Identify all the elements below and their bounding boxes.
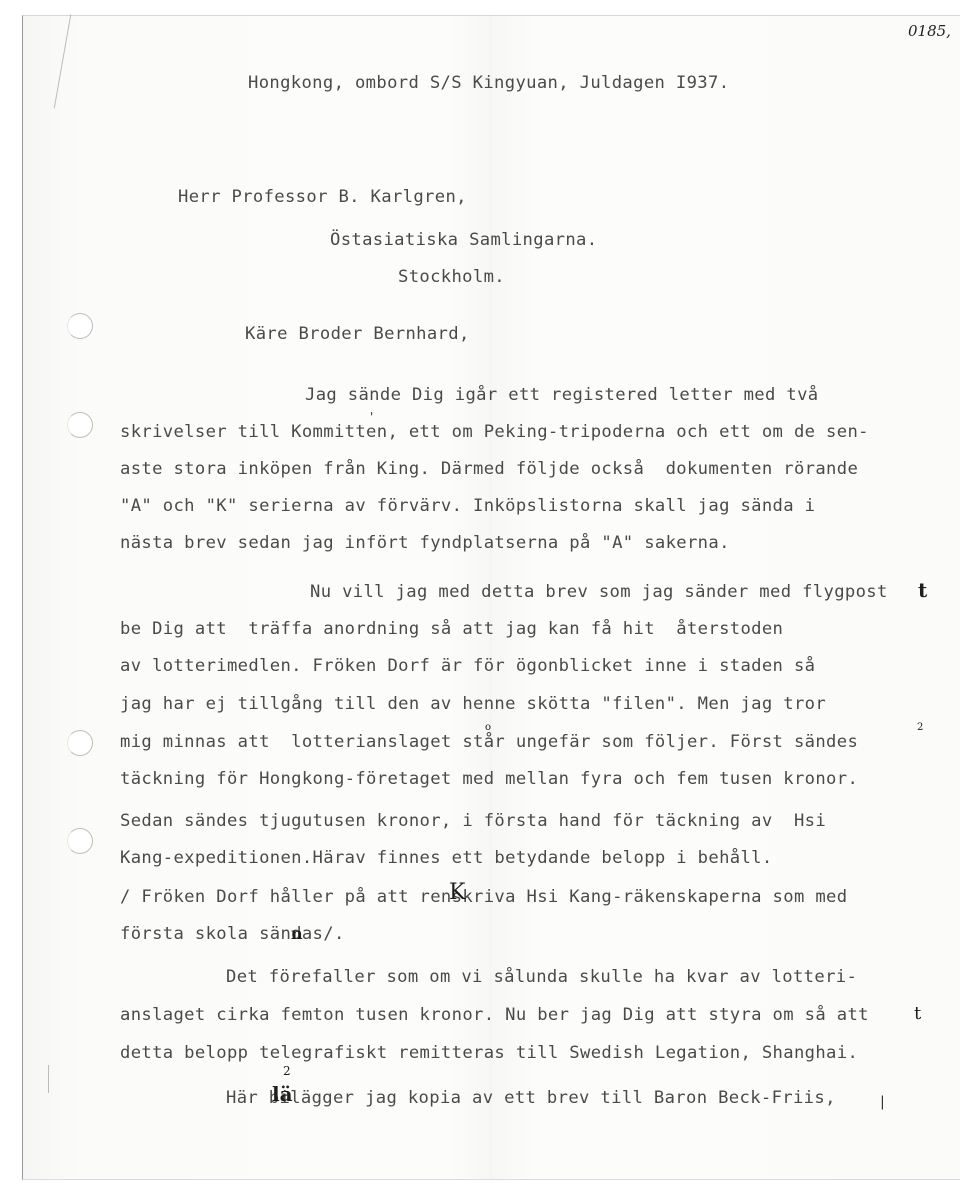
body-line: detta belopp telegrafiskt remitteras til… — [120, 1042, 858, 1064]
body-line: Kang-expeditionen.Härav finnes ett betyd… — [120, 847, 773, 869]
body-line: mig minnas att lotterianslaget står unge… — [120, 731, 858, 753]
body-line: av lotterimedlen. Fröken Dorf är för ögo… — [120, 655, 815, 677]
punch-hole — [67, 412, 93, 438]
body-line: Det förefaller som om vi sålunda skulle … — [226, 966, 857, 988]
dateline: Hongkong, ombord S/S Kingyuan, Juldagen … — [248, 72, 729, 94]
punch-hole — [67, 730, 93, 756]
ink-correction-mark: 2 — [917, 722, 923, 733]
scanned-letter: 0185, Hongkong, ombord S/S Kingyuan, Jul… — [0, 0, 974, 1200]
ink-correction-mark: lä — [272, 1082, 293, 1106]
ink-correction-mark: | — [880, 1094, 885, 1110]
recipient-city: Stockholm. — [398, 266, 505, 288]
body-line: skrivelser till Kommitten, ett om Peking… — [120, 421, 869, 443]
body-line: Nu vill jag med detta brev som jag sände… — [310, 581, 888, 603]
ink-correction-mark: K — [449, 880, 465, 905]
salutation: Käre Broder Bernhard, — [245, 323, 470, 345]
body-line: Sedan sändes tjugutusen kronor, i första… — [120, 810, 826, 832]
body-line: aste stora inköpen från King. Därmed föl… — [120, 458, 858, 480]
margin-pencil-mark — [48, 1065, 49, 1093]
ink-correction-mark: 2 — [283, 1064, 291, 1078]
body-line: anslaget cirka femton tusen kronor. Nu b… — [120, 1004, 869, 1026]
body-line: "A" och "K" serierna av förvärv. Inköpsl… — [120, 495, 815, 517]
body-line: jag har ej tillgång till den av henne sk… — [120, 693, 826, 715]
punch-hole — [67, 313, 93, 339]
ink-correction-mark: t — [918, 578, 927, 602]
ink-correction-mark: ' — [370, 410, 373, 424]
body-line: / Fröken Dorf håller på att renskriva Hs… — [120, 886, 847, 908]
recipient-name: Herr Professor B. Karlgren, — [178, 186, 467, 208]
punch-hole — [67, 828, 93, 854]
body-line: första skola sändas/. — [120, 923, 345, 945]
recipient-institution: Östasiatiska Samlingarna. — [330, 229, 597, 251]
page-number-annotation: 0185, — [908, 22, 951, 40]
ink-correction-mark: t — [914, 1003, 921, 1024]
body-line: Här bilägger jag kopia av ett brev till … — [226, 1087, 836, 1109]
ink-correction-mark: n — [291, 924, 303, 943]
body-line: täckning för Hongkong-företaget med mell… — [120, 768, 858, 790]
body-line: nästa brev sedan jag infört fyndplatsern… — [120, 532, 730, 554]
body-line: Jag sände Dig igår ett registered letter… — [305, 384, 819, 406]
body-line: be Dig att träffa anordning så att jag k… — [120, 618, 783, 640]
ink-correction-mark: o — [485, 722, 491, 733]
